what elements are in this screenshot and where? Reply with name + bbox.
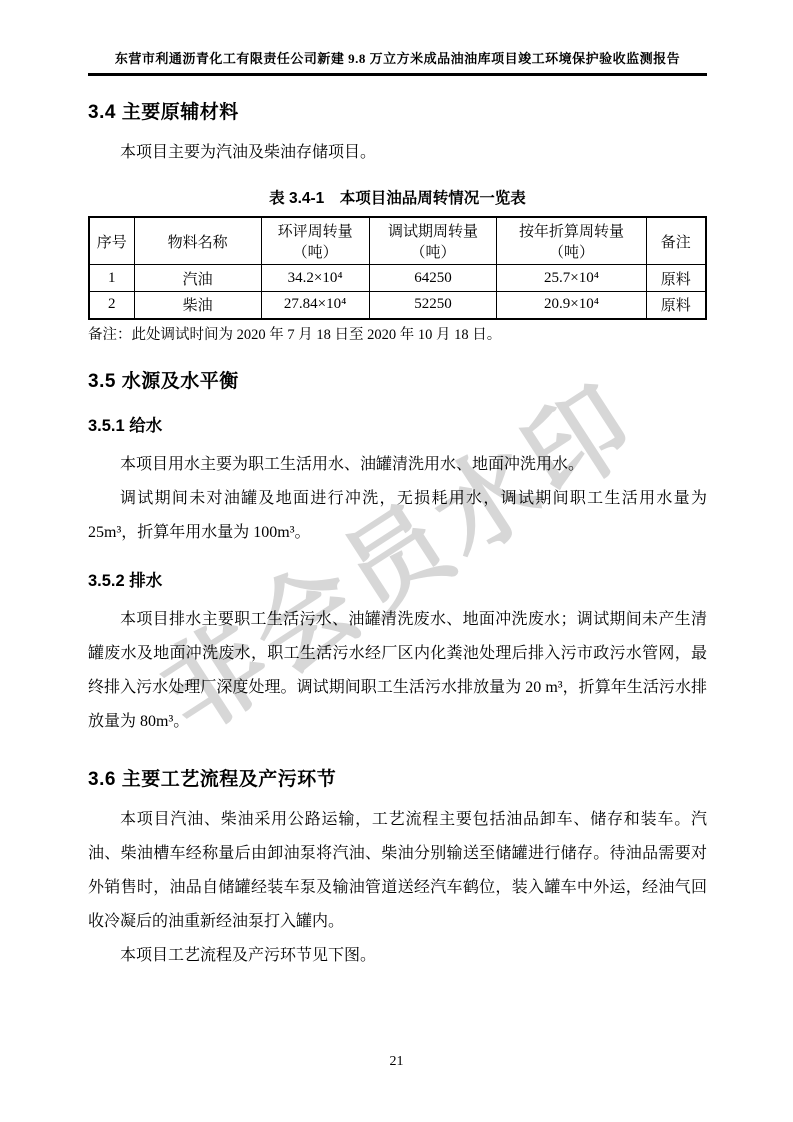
cell-eia-turnover: 34.2×10⁴: [261, 265, 369, 292]
section-heading-3-5-1: 3.5.1 给水: [88, 415, 707, 438]
cell-remark: 原料: [646, 292, 706, 319]
section-3-5-1-para-1: 本项目用水主要为职工生活用水、油罐清洗用水、地面冲洗用水。: [88, 448, 707, 482]
cell-annualized-turnover: 25.7×10⁴: [497, 265, 646, 292]
section-3-6-para-1: 本项目汽油、柴油采用公路运输，工艺流程主要包括油品卸车、储存和装车。汽油、柴油槽…: [88, 803, 707, 939]
col-header-eia-turnover: 环评周转量 （吨）: [261, 217, 369, 265]
cell-annualized-turnover: 20.9×10⁴: [497, 292, 646, 319]
cell-index: 2: [89, 292, 134, 319]
col-header-remark: 备注: [646, 217, 706, 265]
section-3-5-1-para-2: 调试期间未对油罐及地面进行冲洗，无损耗用水，调试期间职工生活用水量为 25m³，…: [88, 482, 707, 550]
col-header-annualized-turnover: 按年折算周转量（吨）: [497, 217, 646, 265]
cell-trial-turnover: 64250: [369, 265, 497, 292]
table-note: 备注：此处调试时间为 2020 年 7 月 18 日至 2020 年 10 月 …: [88, 325, 707, 345]
section-heading-3-6: 3.6 主要工艺流程及产污环节: [88, 767, 707, 793]
cell-material: 汽油: [134, 265, 261, 292]
table-caption: 表 3.4-1 本项目油品周转情况一览表: [88, 186, 707, 208]
cell-index: 1: [89, 265, 134, 292]
report-header-title: 东营市利通沥青化工有限责任公司新建 9.8 万立方米成品油油库项目竣工环境保护验…: [88, 50, 707, 68]
col-header-index: 序号: [89, 217, 134, 265]
col-header-trial-turnover: 调试期周转量（吨）: [369, 217, 497, 265]
page-content: 东营市利通沥青化工有限责任公司新建 9.8 万立方米成品油油库项目竣工环境保护验…: [88, 0, 707, 973]
table-header-row: 序号 物料名称 环评周转量 （吨） 调试期周转量（吨） 按年折算周转量（吨） 备…: [89, 217, 706, 265]
cell-trial-turnover: 52250: [369, 292, 497, 319]
page-number: 21: [0, 1054, 793, 1070]
section-heading-3-5-2: 3.5.2 排水: [88, 570, 707, 593]
section-3-5-2-para-1: 本项目排水主要职工生活污水、油罐清洗废水、地面冲洗废水；调试期间未产生清罐废水及…: [88, 603, 707, 739]
header-divider: [88, 73, 707, 76]
table-row: 1 汽油 34.2×10⁴ 64250 25.7×10⁴ 原料: [89, 265, 706, 292]
section-heading-3-5: 3.5 水源及水平衡: [88, 369, 707, 395]
section-3-4-intro: 本项目主要为汽油及柴油存储项目。: [88, 136, 707, 170]
document-page: 非会员水印 东营市利通沥青化工有限责任公司新建 9.8 万立方米成品油油库项目竣…: [0, 0, 793, 1122]
section-heading-3-4: 3.4 主要原辅材料: [88, 100, 707, 126]
col-header-material: 物料名称: [134, 217, 261, 265]
oil-turnover-table: 序号 物料名称 环评周转量 （吨） 调试期周转量（吨） 按年折算周转量（吨） 备…: [88, 216, 707, 320]
cell-eia-turnover: 27.84×10⁴: [261, 292, 369, 319]
cell-material: 柴油: [134, 292, 261, 319]
table-row: 2 柴油 27.84×10⁴ 52250 20.9×10⁴ 原料: [89, 292, 706, 319]
cell-remark: 原料: [646, 265, 706, 292]
section-3-6-para-2: 本项目工艺流程及产污环节见下图。: [88, 939, 707, 973]
